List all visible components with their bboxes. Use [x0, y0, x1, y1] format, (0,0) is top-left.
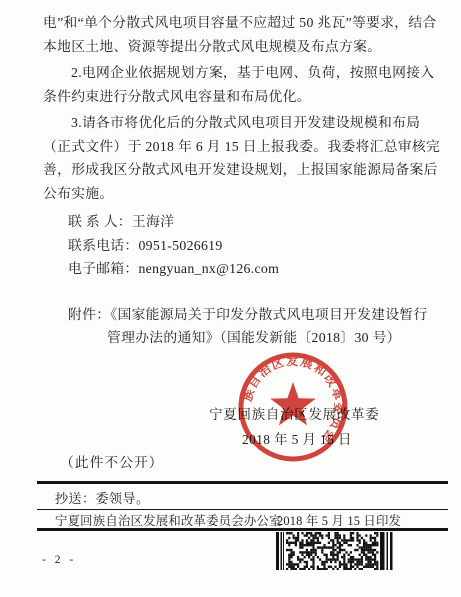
- contact-email-label: 电子邮箱：: [68, 261, 138, 276]
- cc-line: 抄送：委领导。: [55, 488, 150, 507]
- body-line: （正式文件）于 2018 年 6 月 15 日上报我委。我委将汇总审核完: [43, 135, 413, 159]
- attachment-line: 附件：《国家能源局关于印发分散式风电项目开发建设暂行: [43, 303, 413, 327]
- print-date: 2018 年 5 月 15 日印发: [277, 511, 401, 529]
- contact-block: 联 系 人：王海洋 联系电话：0951-5026619 电子邮箱：nengyua…: [43, 210, 413, 281]
- body-line: 条件约束进行分散式风电容量和布局优化。: [43, 85, 413, 109]
- attachment-line: 管理办法的通知》（国能发新能〔2018〕30 号）: [43, 326, 413, 350]
- footer-divider-bottom: [37, 528, 448, 531]
- issuing-office: 宁夏回族自治区发展和改革委员会办公室: [55, 511, 282, 529]
- official-document-page: 电”和“单个分散式风电项目容量不应超过 50 兆瓦”等要求，结合 本地区土地、资…: [0, 0, 461, 597]
- page-number: - 2 -: [42, 554, 76, 566]
- body-line: 3.请各市将优化后的分散式风电项目开发建设规模和布局: [43, 111, 413, 135]
- confidential-note: （此件不公开）: [60, 451, 164, 471]
- body-text: 电”和“单个分散式风电项目容量不应超过 50 兆瓦”等要求，结合 本地区土地、资…: [43, 11, 413, 350]
- contact-email-value: nengyuan_nx@126.com: [138, 261, 279, 276]
- barcode-noise: [286, 532, 378, 570]
- seal-star-icon: [270, 382, 316, 425]
- contact-phone-label: 联系电话：: [68, 238, 138, 253]
- official-seal-stamp: 宁夏回族自治区发展和改革委员会: [231, 345, 355, 469]
- contact-email-line: 电子邮箱：nengyuan_nx@126.com: [43, 257, 413, 281]
- footer-divider-top: [37, 481, 448, 484]
- attachment-block: 附件：《国家能源局关于印发分散式风电项目开发建设暂行 管理办法的通知》（国能发新…: [43, 303, 413, 350]
- contact-person-value: 王海洋: [132, 214, 174, 229]
- contact-person-line: 联 系 人：王海洋: [43, 210, 413, 234]
- body-line: 善，形成我区分散式风电开发建设规划，上报国家能源局备案后: [43, 158, 413, 182]
- contact-phone-line: 联系电话：0951-5026619: [43, 234, 413, 258]
- body-line: 公布实施。: [43, 182, 413, 206]
- body-line: 电”和“单个分散式风电项目容量不应超过 50 兆瓦”等要求，结合: [43, 11, 413, 35]
- contact-person-label: 联 系 人：: [68, 214, 132, 229]
- contact-phone-value: 0951-5026619: [138, 238, 222, 253]
- barcode-image: [276, 532, 394, 570]
- body-line: 本地区土地、资源等提出分散式风电规模及布点方案。: [43, 35, 413, 59]
- body-line: 2.电网企业依据规划方案，基于电网、负荷，按照电网接入: [43, 61, 413, 85]
